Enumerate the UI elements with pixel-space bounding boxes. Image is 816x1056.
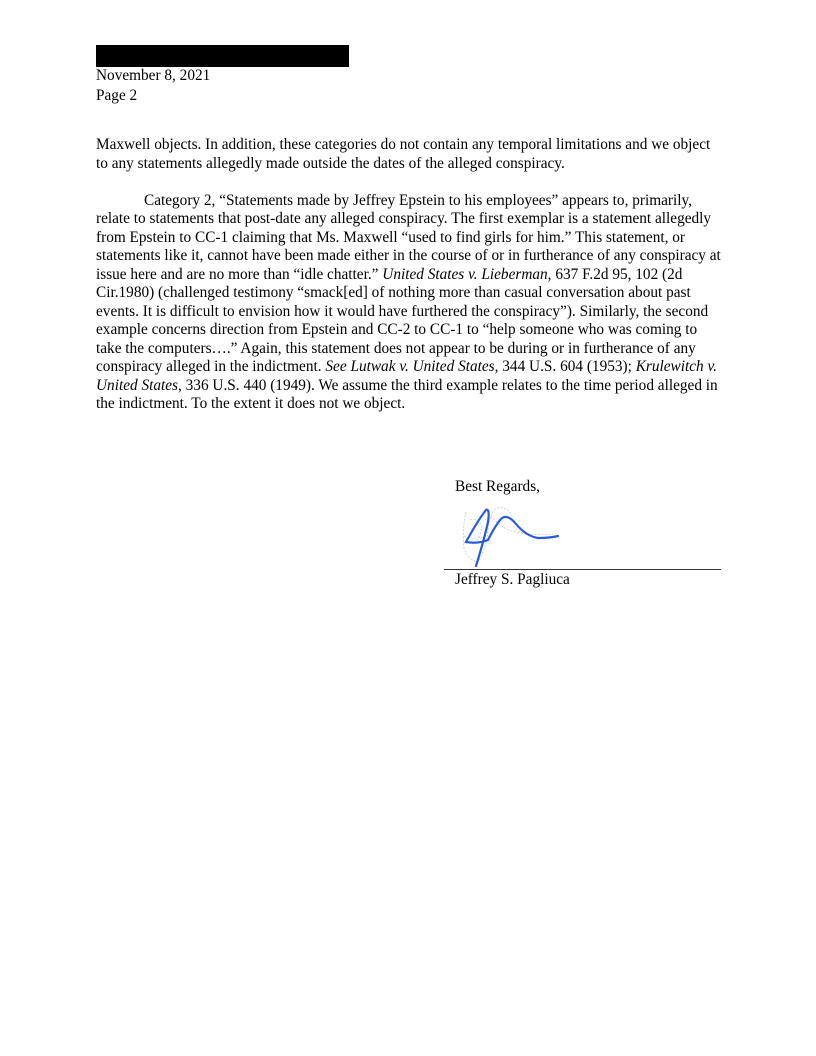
closing-salutation: Best Regards, bbox=[455, 478, 540, 496]
letter-header: November 8, 2021 Page 2 bbox=[96, 66, 210, 106]
letter-date: November 8, 2021 bbox=[96, 66, 210, 86]
page-number: Page 2 bbox=[96, 86, 210, 106]
paragraph-2: Category 2, “Statements made by Jeffrey … bbox=[96, 192, 724, 414]
signature-image bbox=[458, 500, 563, 568]
case-citation: United States v. Lieberman, bbox=[382, 266, 551, 283]
redaction-bar bbox=[96, 45, 349, 67]
signature-line bbox=[444, 569, 721, 570]
signer-name: Jeffrey S. Pagliuca bbox=[455, 571, 570, 589]
case-citation: See Lutwak v. United States bbox=[325, 358, 494, 375]
paragraph-1: Maxwell objects. In addition, these cate… bbox=[96, 136, 724, 173]
letter-body: Maxwell objects. In addition, these cate… bbox=[96, 136, 724, 414]
